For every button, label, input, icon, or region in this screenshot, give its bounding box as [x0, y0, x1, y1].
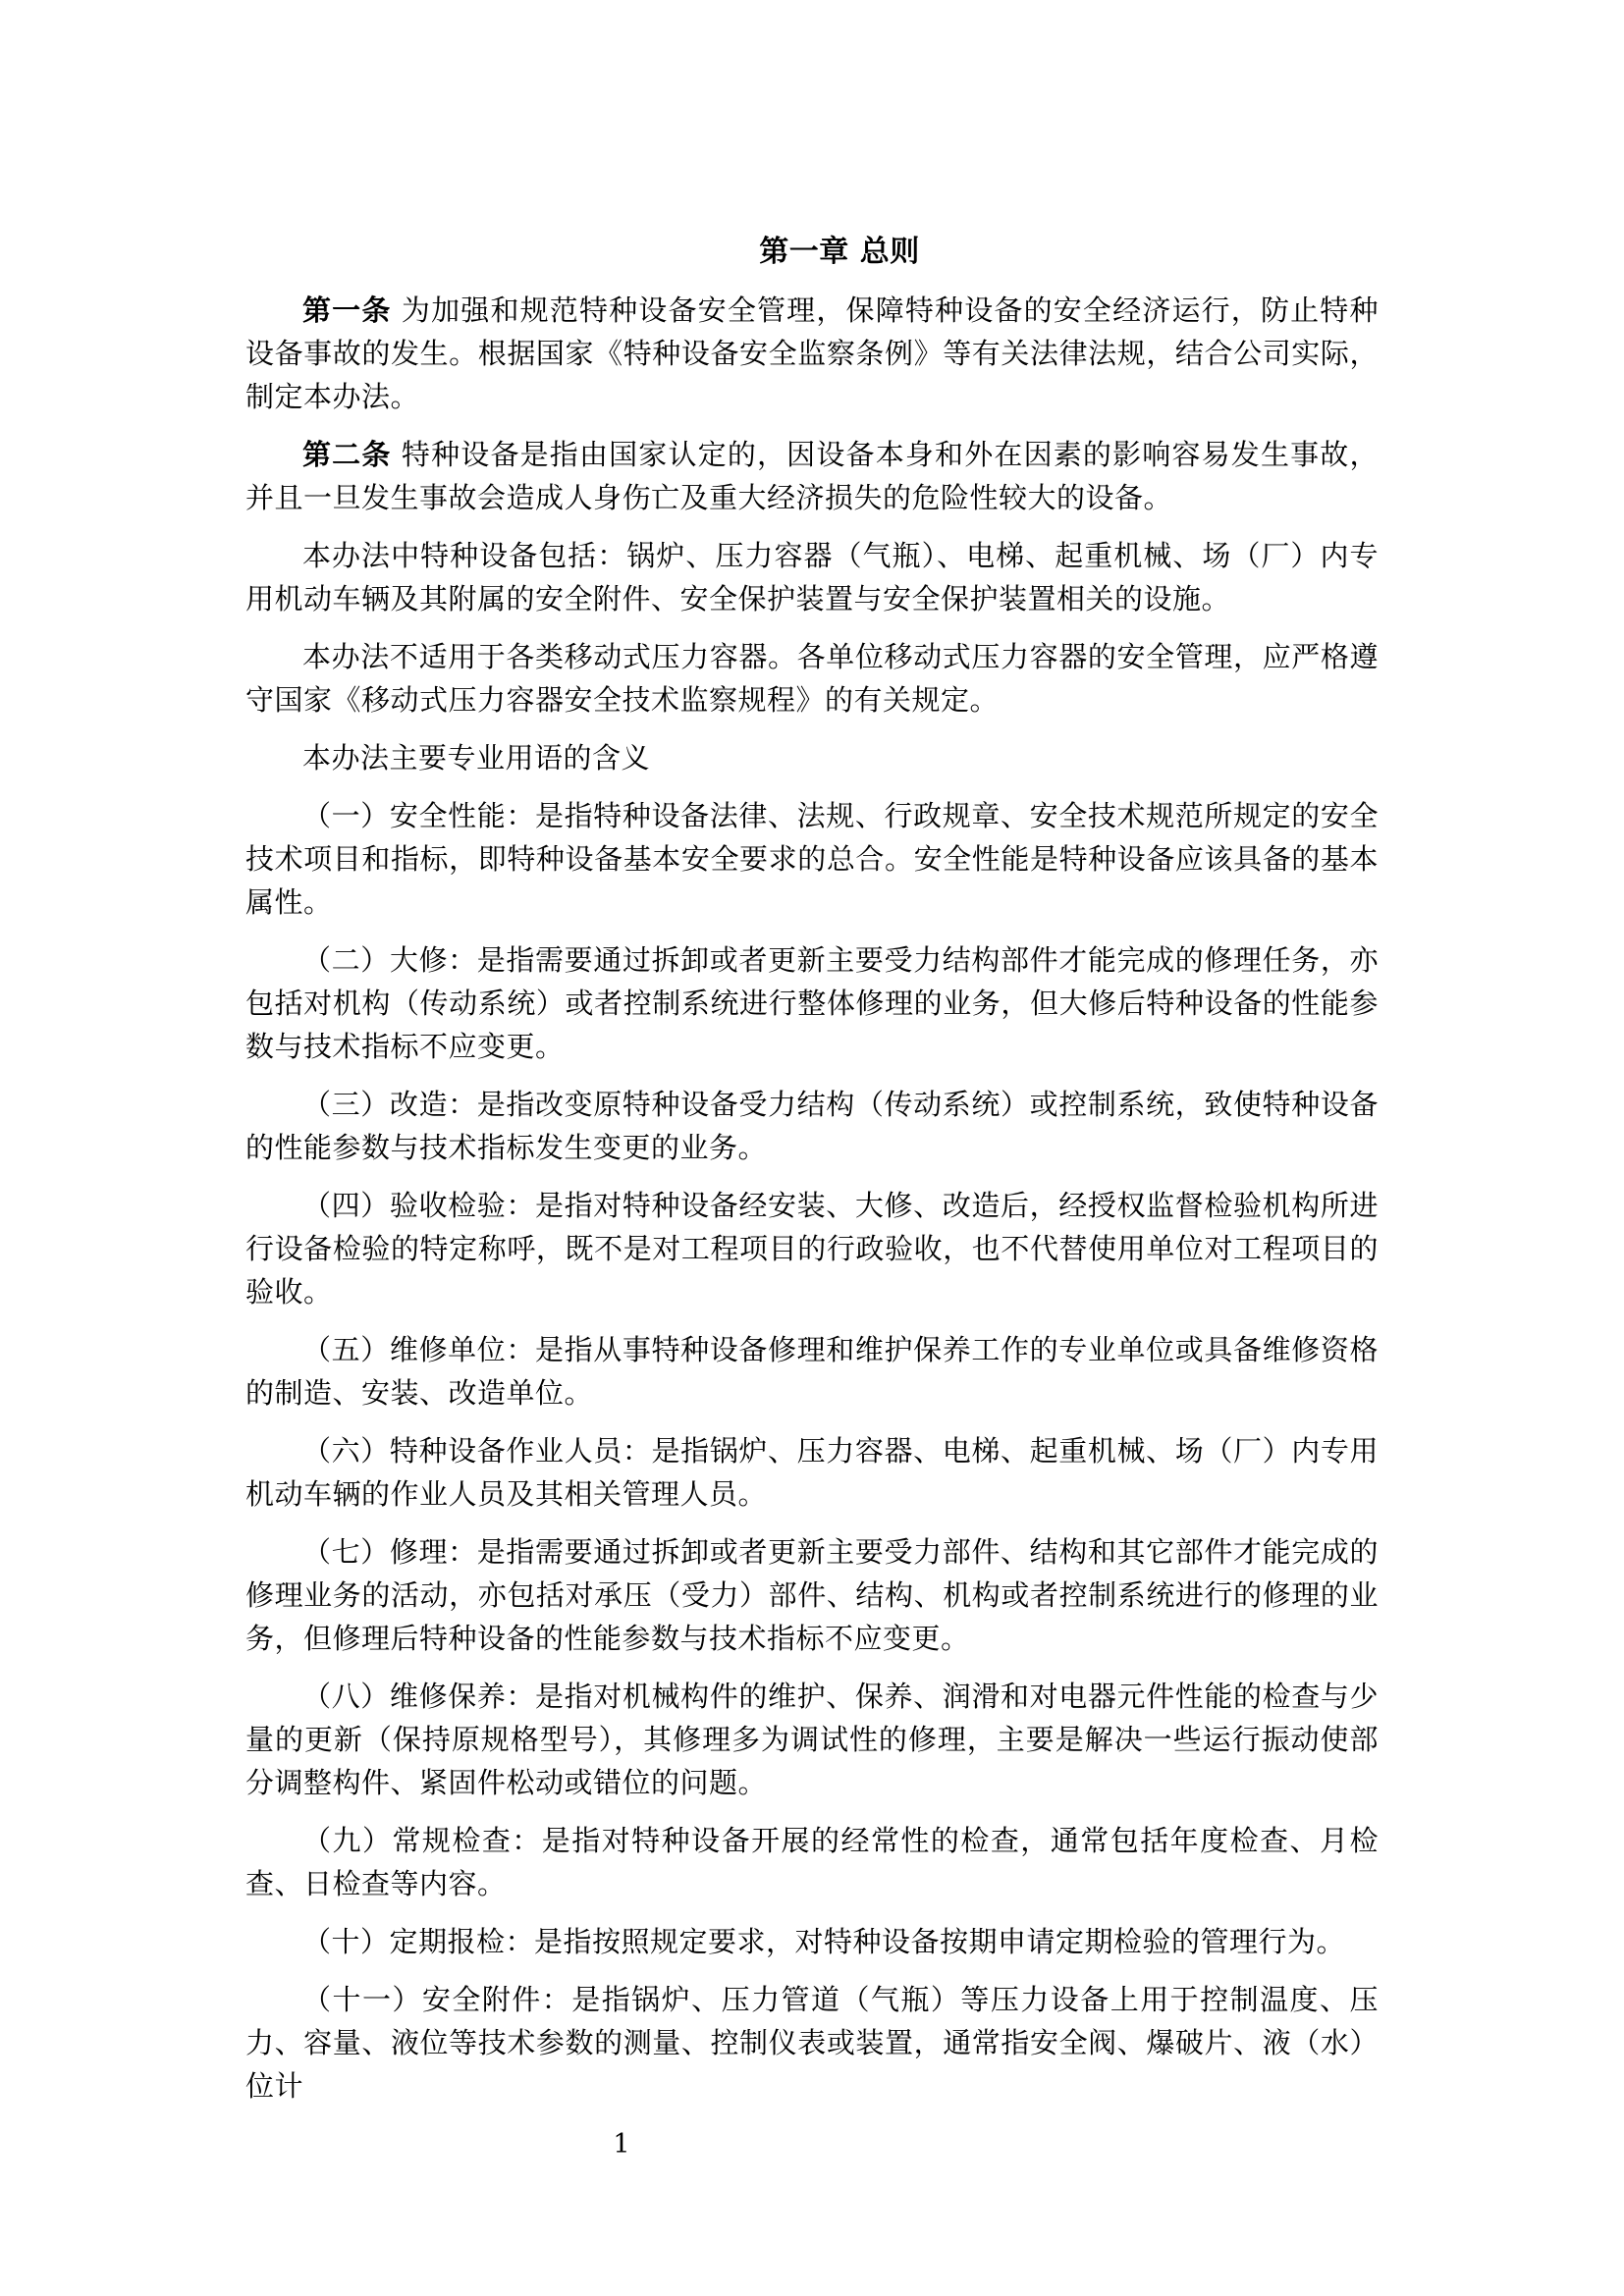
- chapter-title: 第一章 总则: [245, 231, 1379, 274]
- paragraph-term-11-safety-accessories: （十一）安全附件：是指锅炉、压力管道（气瓶）等压力设备上用于控制温度、压力、容量…: [245, 1978, 1379, 2108]
- paragraph-terms-intro: 本办法主要专业用语的含义: [245, 736, 1379, 779]
- article-2-text: 特种设备是指由国家认定的，因设备本身和外在因素的影响容易发生事故，并且一旦发生事…: [245, 438, 1379, 514]
- paragraph-term-8-upkeep: （八）维修保养：是指对机械构件的维护、保养、润滑和对电器元件性能的检查与少量的更…: [245, 1675, 1379, 1804]
- document-page: 第一章 总则 第一条 为加强和规范特种设备安全管理，保障特种设备的安全经济运行，…: [0, 0, 1624, 2296]
- paragraph-term-5-maintenance-unit: （五）维修单位：是指从事特种设备修理和维护保养工作的专业单位或具备维修资格的制造…: [245, 1328, 1379, 1415]
- document-body: 第一章 总则 第一条 为加强和规范特种设备安全管理，保障特种设备的安全经济运行，…: [245, 231, 1379, 2108]
- paragraph-term-3-modification: （三）改造：是指改变原特种设备受力结构（传动系统）或控制系统，致使特种设备的性能…: [245, 1083, 1379, 1169]
- paragraph-article-2: 第二条 特种设备是指由国家认定的，因设备本身和外在因素的影响容易发生事故，并且一…: [245, 433, 1379, 519]
- paragraph-article-1: 第一条 为加强和规范特种设备安全管理，保障特种设备的安全经济运行，防止特种设备事…: [245, 289, 1379, 418]
- article-1-number: 第一条: [302, 294, 392, 327]
- paragraph-term-10-periodic-reporting: （十）定期报检：是指按照规定要求，对特种设备按期申请定期检验的管理行为。: [245, 1920, 1379, 1963]
- article-1-text: 为加强和规范特种设备安全管理，保障特种设备的安全经济运行，防止特种设备事故的发生…: [245, 294, 1379, 413]
- paragraph-term-1-safety-performance: （一）安全性能：是指特种设备法律、法规、行政规章、安全技术规范所规定的安全技术项…: [245, 794, 1379, 924]
- paragraph-term-7-repair: （七）修理：是指需要通过拆卸或者更新主要受力部件、结构和其它部件才能完成的修理业…: [245, 1530, 1379, 1660]
- paragraph-scope-excludes: 本办法不适用于各类移动式压力容器。各单位移动式压力容器的安全管理，应严格遵守国家…: [245, 635, 1379, 721]
- paragraph-term-2-overhaul: （二）大修：是指需要通过拆卸或者更新主要受力结构部件才能完成的修理任务，亦包括对…: [245, 938, 1379, 1068]
- paragraph-term-9-routine-check: （九）常规检查：是指对特种设备开展的经常性的检查，通常包括年度检查、月检查、日检…: [245, 1819, 1379, 1905]
- article-2-number: 第二条: [302, 438, 392, 471]
- paragraph-scope-includes: 本办法中特种设备包括：锅炉、压力容器（气瓶）、电梯、起重机械、场（厂）内专用机动…: [245, 534, 1379, 620]
- page-number: 1: [582, 2123, 661, 2166]
- paragraph-term-6-operators: （六）特种设备作业人员：是指锅炉、压力容器、电梯、起重机械、场（厂）内专用机动车…: [245, 1429, 1379, 1516]
- paragraph-term-4-acceptance-inspection: （四）验收检验：是指对特种设备经安装、大修、改造后，经授权监督检验机构所进行设备…: [245, 1184, 1379, 1313]
